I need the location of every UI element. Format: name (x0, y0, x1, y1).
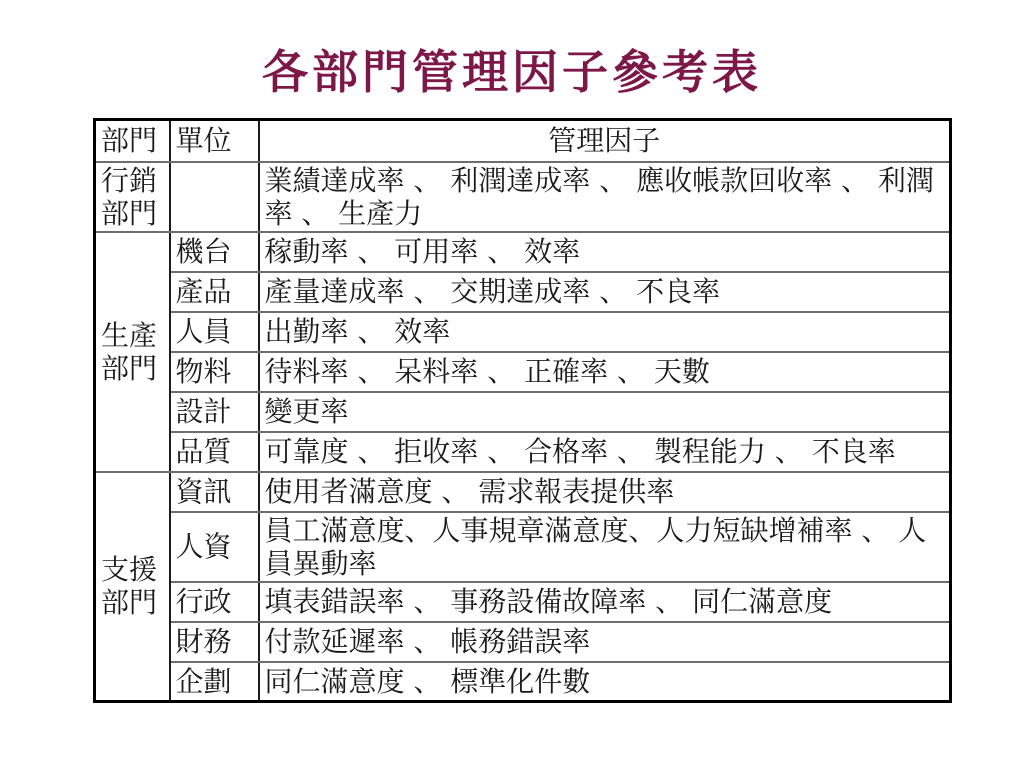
table-row-admin: 行政 填表錯誤率 、 事務設備故障率 、 同仁滿意度 (95, 582, 951, 622)
department-cell-support: 支援部門 (95, 472, 170, 702)
unit-cell-product: 產品 (170, 272, 259, 312)
table-row-material: 物料 待料率 、 呆料率 、 正確率 、 天數 (95, 352, 951, 392)
unit-cell-empty (170, 162, 259, 232)
unit-cell-planning: 企劃 (170, 662, 259, 702)
table-row-hr: 人資 員工滿意度、人事規章滿意度、人力短缺增補率 、 人員異動率 (95, 512, 951, 582)
table-row-design: 設計 變更率 (95, 392, 951, 432)
unit-cell-design: 設計 (170, 392, 259, 432)
page-title: 各部門管理因子參考表 (0, 36, 1024, 102)
table-row-it: 支援部門 資訊 使用者滿意度 、 需求報表提供率 (95, 472, 951, 512)
header-management-factors: 管理因子 (259, 120, 951, 162)
department-cell-production: 生產部門 (95, 232, 170, 472)
unit-cell-admin: 行政 (170, 582, 259, 622)
table-row-product: 產品 產量達成率 、 交期達成率 、 不良率 (95, 272, 951, 312)
factors-cell: 填表錯誤率 、 事務設備故障率 、 同仁滿意度 (259, 582, 951, 622)
slide: 各部門管理因子參考表 部門 單位 管理因子 行銷部門 業績達成率 、 利潤達成率… (0, 0, 1024, 768)
table-row-marketing: 行銷部門 業績達成率 、 利潤達成率 、 應收帳款回收率 、 利潤率 、 生產力 (95, 162, 951, 232)
table-row-quality: 品質 可靠度 、 拒收率 、 合格率 、 製程能力 、 不良率 (95, 432, 951, 472)
table-row-machine: 生產部門 機台 稼動率 、 可用率 、 效率 (95, 232, 951, 272)
table-row-planning: 企劃 同仁滿意度 、 標準化件數 (95, 662, 951, 702)
unit-cell-finance: 財務 (170, 622, 259, 662)
unit-cell-machine: 機台 (170, 232, 259, 272)
factors-cell: 產量達成率 、 交期達成率 、 不良率 (259, 272, 951, 312)
management-factors-table: 部門 單位 管理因子 行銷部門 業績達成率 、 利潤達成率 、 應收帳款回收率 … (93, 118, 952, 703)
unit-cell-it: 資訊 (170, 472, 259, 512)
factors-cell: 可靠度 、 拒收率 、 合格率 、 製程能力 、 不良率 (259, 432, 951, 472)
factors-cell: 付款延遲率 、 帳務錯誤率 (259, 622, 951, 662)
table-row-finance: 財務 付款延遲率 、 帳務錯誤率 (95, 622, 951, 662)
factors-cell: 出勤率 、 效率 (259, 312, 951, 352)
factors-cell: 稼動率 、 可用率 、 效率 (259, 232, 951, 272)
header-department: 部門 (95, 120, 170, 162)
factors-cell: 使用者滿意度 、 需求報表提供率 (259, 472, 951, 512)
department-cell-marketing: 行銷部門 (95, 162, 170, 232)
factors-cell: 業績達成率 、 利潤達成率 、 應收帳款回收率 、 利潤率 、 生產力 (259, 162, 951, 232)
table-row-personnel: 人員 出勤率 、 效率 (95, 312, 951, 352)
factors-cell: 變更率 (259, 392, 951, 432)
unit-cell-personnel: 人員 (170, 312, 259, 352)
unit-cell-material: 物料 (170, 352, 259, 392)
unit-cell-hr: 人資 (170, 512, 259, 582)
factors-cell: 同仁滿意度 、 標準化件數 (259, 662, 951, 702)
factors-cell: 員工滿意度、人事規章滿意度、人力短缺增補率 、 人員異動率 (259, 512, 951, 582)
unit-cell-quality: 品質 (170, 432, 259, 472)
factors-cell: 待料率 、 呆料率 、 正確率 、 天數 (259, 352, 951, 392)
header-unit: 單位 (170, 120, 259, 162)
table-header-row: 部門 單位 管理因子 (95, 120, 951, 162)
